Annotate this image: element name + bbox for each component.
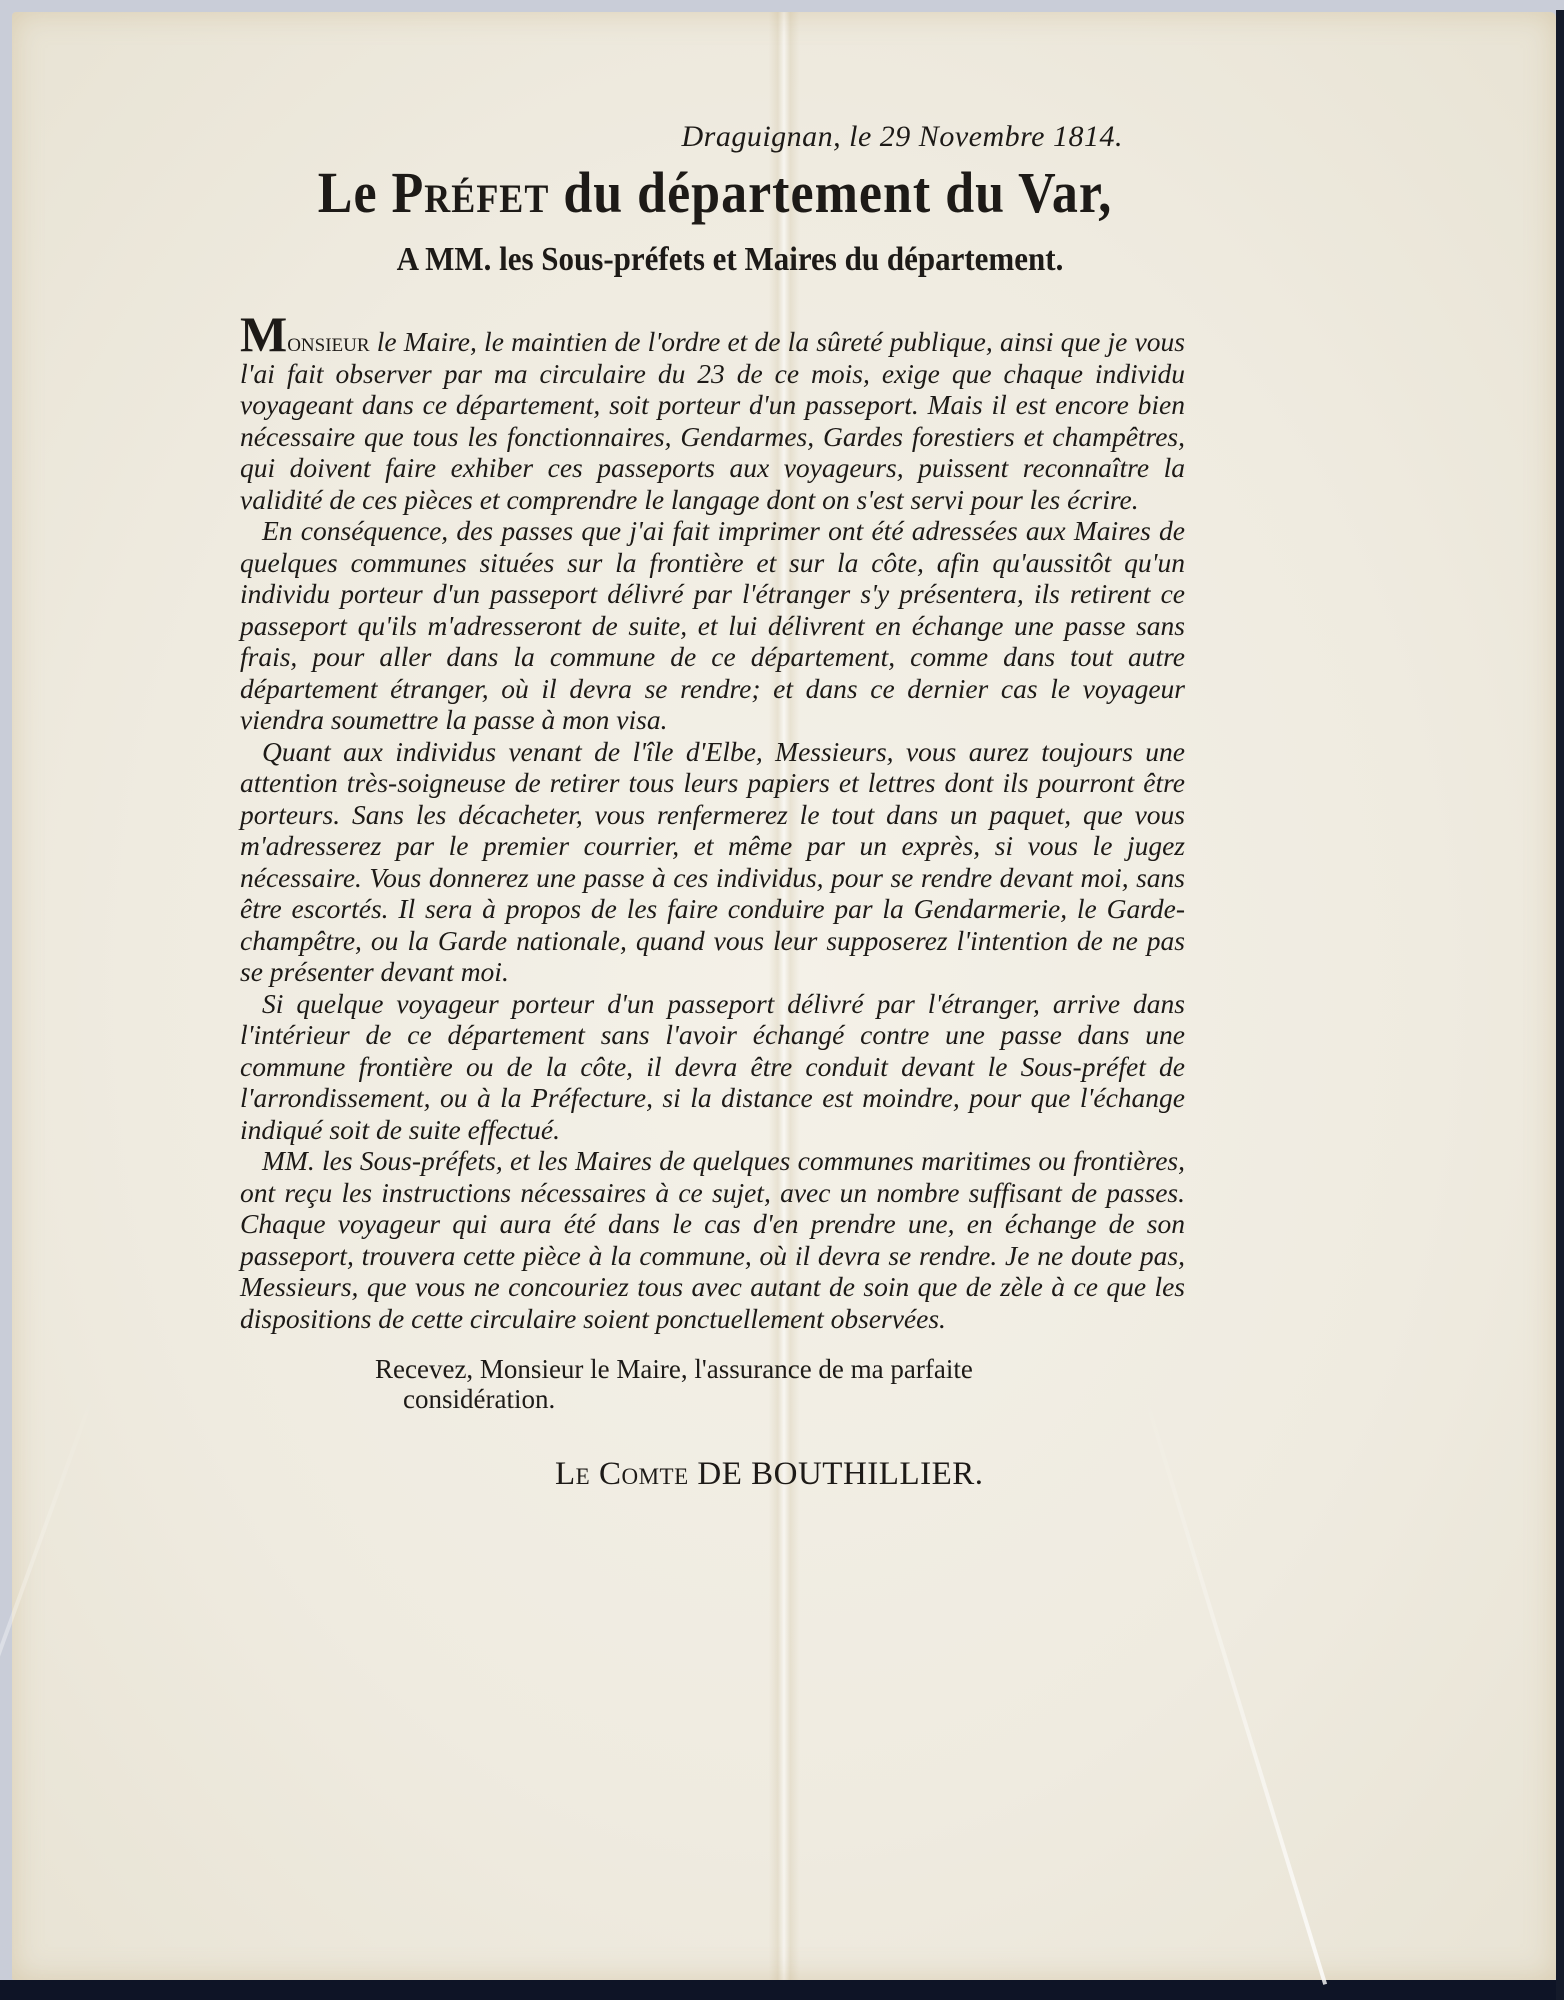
addressee-line: A MM. les Sous-préfets et Maires du dépa… [235,239,1185,279]
title-prefix: Le [318,162,378,226]
circular-document: Draguignan, le 29 Novembre 1814. Le Préf… [235,120,1185,1493]
paragraph-5: MM. les Sous-préfets, et les Maires de q… [240,1145,1185,1334]
signature: Le Comte DE BOUTHILLIER. [555,1456,1185,1493]
closing-salutation: Recevez, Monsieur le Maire, l'assurance … [375,1354,1185,1414]
paragraph-1: Monsieur le Maire, le maintien de l'ordr… [240,319,1185,515]
scan-background-right [1556,10,1564,2000]
title-prefet: Préfet [392,162,550,226]
signature-title: Le Comte [555,1456,689,1492]
lead-word: onsieur [287,326,369,357]
paragraph-1-text: le Maire, le maintien de l'ordre et de l… [240,326,1185,515]
drop-cap: M [240,306,287,362]
paragraph-3: Quant aux individus venant de l'île d'El… [240,736,1185,988]
title-rest: du département du Var, [563,162,1112,226]
paragraph-2: En conséquence, des passes que j'ai fait… [240,515,1185,736]
signature-name: DE BOUTHILLIER. [697,1456,983,1492]
dateline: Draguignan, le 29 Novembre 1814. [235,120,1185,154]
letter-body: Monsieur le Maire, le maintien de l'ordr… [240,319,1185,1334]
scan-background-bottom [0,1980,1564,2000]
paper-fold-crease [0,1392,96,1957]
paragraph-4: Si quelque voyageur porteur d'un passepo… [240,988,1185,1146]
closing-line-1: Recevez, Monsieur le Maire, l'assurance … [375,1354,973,1384]
document-title: Le Préfet du département du Var, [235,160,1185,226]
closing-line-2: considération. [375,1384,1185,1414]
